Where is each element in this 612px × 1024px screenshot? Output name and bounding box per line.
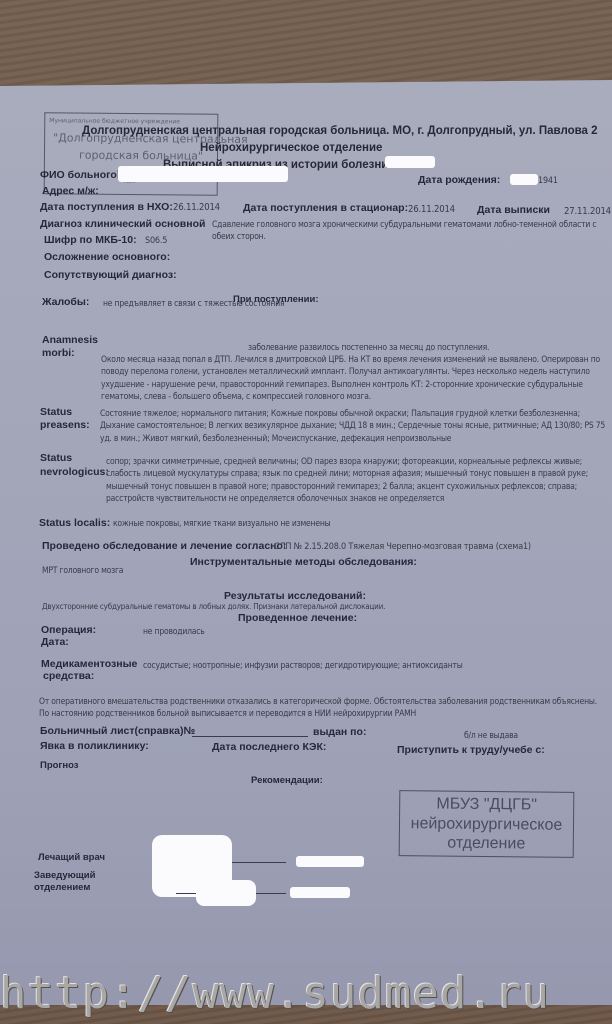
- results-value: Двухсторонние субдуральные гематомы в ло…: [42, 602, 385, 611]
- sick-leave-number-line: [192, 736, 308, 737]
- discharge-date: 27.11.2014: [564, 206, 611, 217]
- anamnesis-label: Anamnesis: [42, 334, 98, 346]
- patient-name-label: ФИО больного:: [40, 169, 120, 181]
- redacted-birth-date: [510, 174, 538, 185]
- prognosis-label: Прогноз: [40, 760, 79, 771]
- status-praesens-value: Состояние тяжелое; нормального питания; …: [100, 408, 610, 445]
- stamp-line: отделение: [400, 834, 573, 854]
- hospital-admission-label: Дата поступления в стационар:: [243, 202, 408, 214]
- return-to-work-label: Приступить к труду/учебе с:: [397, 744, 545, 756]
- head-of-department-label: отделением: [34, 882, 90, 893]
- status-localis-value: кожные покровы, мягкие ткани визуально н…: [113, 519, 331, 529]
- instrumental-heading: Инструментальные методы обследования:: [190, 556, 417, 568]
- medications-label: Медикаментозные: [41, 658, 137, 670]
- icd-code-value: S06.5: [145, 236, 167, 246]
- protocol-label: Проведено обследование и лечение согласн…: [42, 540, 286, 552]
- main-diagnosis-label: Диагноз клинический основной: [40, 218, 205, 230]
- redacted-head-signature: [196, 880, 256, 906]
- nho-admission-date: 26.11.2014: [173, 202, 220, 213]
- status-localis-label: Status localis:: [39, 517, 110, 529]
- stamp-line: нейрохирургическое: [400, 815, 573, 835]
- protocol-value: СЛП № 2.15.208.0 Тяжелая Черепно-мозгова…: [274, 542, 531, 552]
- medications-value: сосудистые; ноотропные; инфузии растворо…: [143, 661, 463, 671]
- hospital-admission-date: 26.11.2014: [408, 204, 455, 215]
- status-praesens-label: Status: [40, 406, 72, 418]
- hospital-name: Долгопрудненская центральная городская б…: [82, 125, 598, 137]
- operation-date-label: Дата:: [41, 636, 69, 648]
- icd-code-label: Шифр по МКБ-10:: [44, 234, 137, 246]
- discharge-date-label: Дата выписки: [477, 204, 550, 216]
- concomitant-diagnosis-label: Сопутствующий диагноз:: [44, 269, 177, 281]
- last-kek-date-label: Дата последнего КЭК:: [212, 741, 326, 753]
- birth-date-label: Дата рождения:: [418, 174, 500, 186]
- department-name: Нейрохирургическое отделение: [200, 142, 382, 154]
- complication-label: Осложнение основного:: [44, 251, 170, 263]
- issued-label: выдан по:: [313, 726, 366, 738]
- operation-value: не проводилась: [143, 627, 205, 637]
- discharge-notes: От оперативного вмешательства родственни…: [39, 696, 609, 721]
- stamp-line: МБУЗ "ДЦГБ": [400, 795, 573, 815]
- status-neurologicus-label: nevrologicus:: [40, 466, 109, 478]
- department-stamp-bottom: МБУЗ "ДЦГБ" нейрохирургическое отделение: [399, 790, 575, 858]
- head-of-department-label: Заведующий: [34, 870, 95, 881]
- birth-year: 1941: [538, 176, 558, 186]
- instrumental-value: МРТ головного мозга: [42, 566, 123, 576]
- redacted-history-number: [385, 156, 435, 168]
- main-diagnosis-value: Сдавление головного мозга хроническими с…: [212, 219, 612, 244]
- complaints-value: не предъявляет в связи с тяжестью состоя…: [103, 299, 284, 309]
- anamnesis-label: morbi:: [42, 347, 75, 359]
- address-label: Адрес м/ж:: [42, 185, 99, 197]
- operation-label: Операция:: [41, 624, 96, 636]
- status-neurologicus-value: сопор; зрачки симметричные, средней вели…: [106, 456, 606, 505]
- site-watermark: http://www.sudmed.ru: [0, 964, 612, 1024]
- results-heading: Результаты исследований:: [224, 590, 366, 602]
- recommendations-heading: Рекомендации:: [251, 775, 323, 786]
- anamnesis-value: Около месяца назад попал в ДТП. Лечился …: [101, 354, 609, 403]
- complaints-label: Жалобы:: [42, 296, 89, 308]
- redacted-doctor-name: [296, 856, 364, 867]
- anamnesis-onset: заболевание развилось постепенно за меся…: [248, 343, 489, 353]
- treatment-heading: Проведенное лечение:: [238, 612, 357, 624]
- status-neurologicus-label: Status: [40, 452, 72, 464]
- clinic-visit-label: Явка в поликлинику:: [40, 740, 149, 752]
- redacted-patient-name: [118, 166, 288, 182]
- medications-label: средства:: [43, 670, 94, 682]
- sick-leave-label: Больничный лист(справка)№: [40, 725, 195, 737]
- redacted-head-name: [290, 887, 350, 898]
- attending-doctor-label: Лечащий врач: [38, 852, 105, 863]
- issued-value: б/л не выдава: [464, 731, 518, 741]
- nho-admission-label: Дата поступления в НХО:: [40, 201, 173, 213]
- status-praesens-label: preasens:: [40, 419, 90, 431]
